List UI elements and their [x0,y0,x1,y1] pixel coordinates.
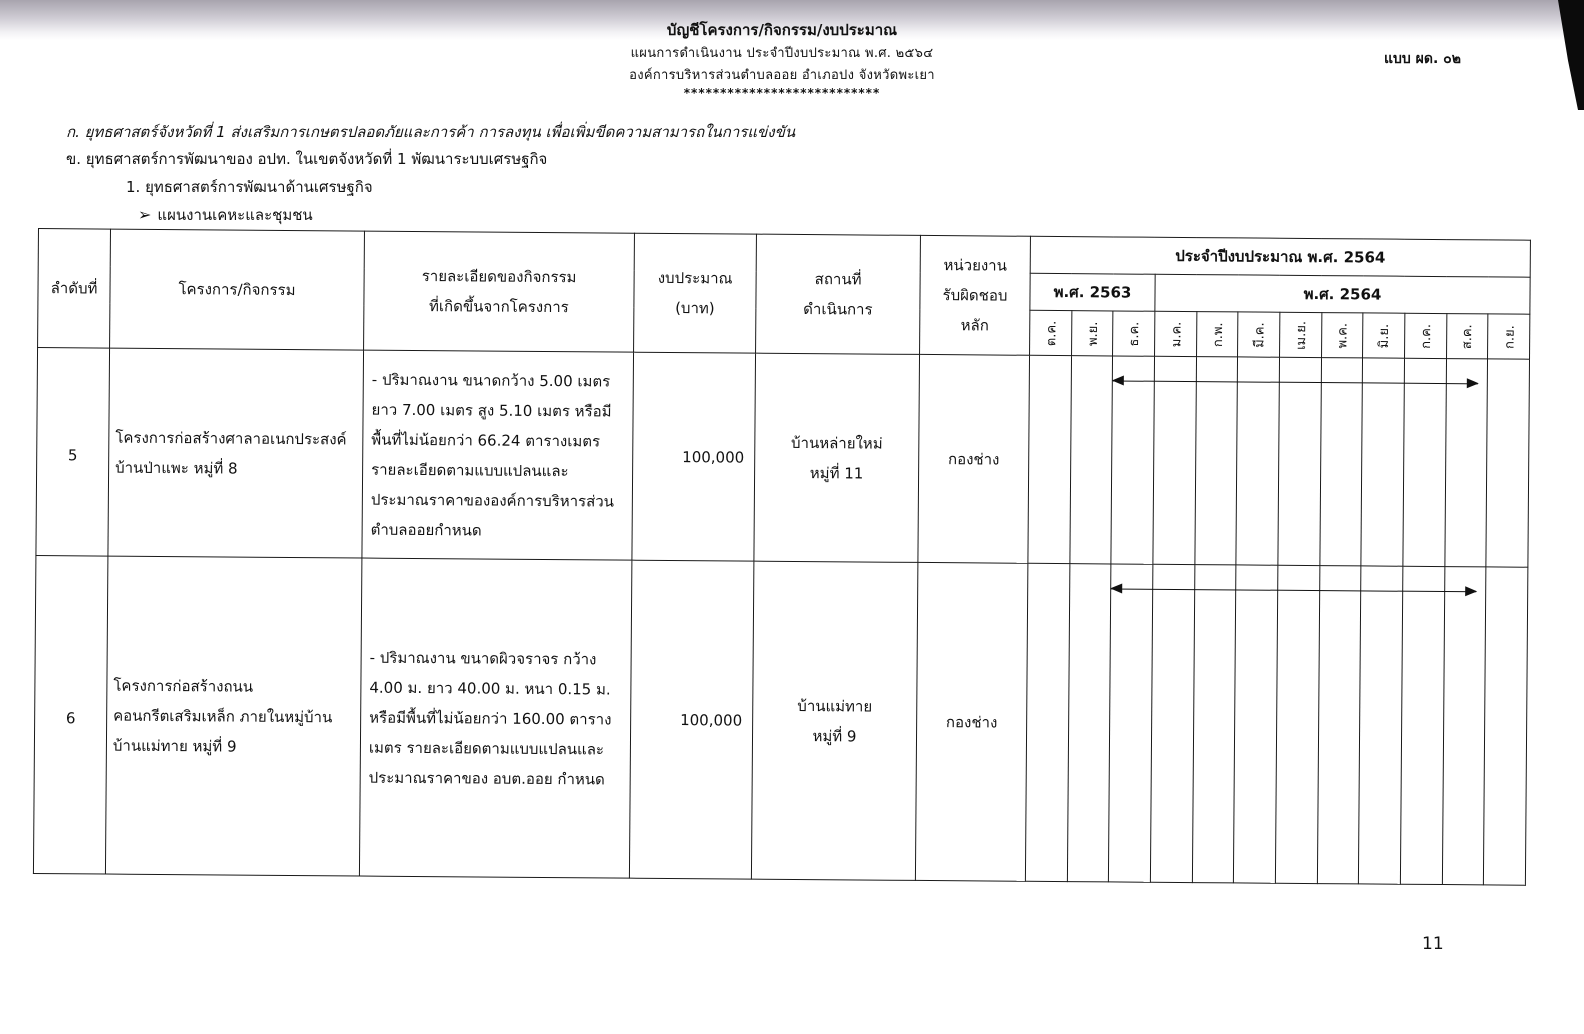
location-header-line2: ดำเนินการ [756,294,919,325]
month-header: เม.ย. [1279,312,1321,357]
location-line: หมู่ที่ 9 [757,720,912,751]
year-2563-header: พ.ศ. 2563 [1030,273,1155,311]
month-header: ต.ค. [1030,310,1072,355]
project-name: โครงการก่อสร้างถนนคอนกรีตเสริมเหล็ก ภายใ… [105,556,361,876]
unit-header-line2: รับผิดชอบ [920,280,1029,311]
month-label: มี.ค. [1248,322,1269,348]
schedule-cell [1486,359,1529,567]
schedule-cell [1442,567,1486,885]
provincial-strategy: ก. ยุทธศาสตร์จังหวัดที่ 1 ส่งเสริมการเกษ… [66,120,795,144]
development-strategy: 1. ยุทธศาสตร์การพัฒนาด้านเศรษฐกิจ [126,175,373,199]
month-label: เม.ย. [1290,320,1311,349]
location-line: หมู่ที่ 11 [759,457,914,488]
responsible-unit: กองช่าง [915,562,1027,881]
page-number: 11 [1422,934,1444,954]
location-line: บ้านแม่ทาย [757,690,912,721]
schedule-cell [1278,357,1321,565]
month-header: ส.ค. [1446,314,1488,359]
schedule-cell [1484,567,1528,885]
schedule-cell [1153,356,1196,564]
col-header-project: โครงการ/กิจกรรม [110,229,365,350]
unit-header-line3: หลัก [920,310,1029,341]
schedule-cell [1317,566,1361,884]
details-header-line1: รายละเอียดของกิจกรรม [365,261,634,293]
schedule-cell [1150,564,1194,882]
project-details: - ปริมาณงาน ขนาดผิวจราจร กว้าง 4.00 ม. ย… [359,558,631,878]
budget-header-line1: งบประมาณ [635,263,756,294]
month-header: ก.พ. [1196,312,1238,357]
unit-header-line1: หน่วยงาน [921,250,1030,281]
project-location: บ้านแม่ทายหมู่ที่ 9 [751,561,917,880]
schedule-cell [1319,358,1362,566]
project-budget: 100,000 [629,560,753,879]
schedule-cell [1400,566,1444,884]
schedule-cell [1195,357,1238,565]
location-line: บ้านหล่ายใหม่ [759,427,914,458]
plan-name: แผนงานเคหะและชุมชน [157,206,312,224]
month-label: ก.ค. [1415,323,1436,348]
organization-name: องค์การบริหารส่วนตำบลออย อำเภอปง จังหวัด… [0,64,1574,85]
row-number: 6 [33,555,107,874]
month-label: พ.ย. [1082,321,1103,346]
schedule-cell [1192,565,1236,883]
month-label: ต.ค. [1040,320,1061,346]
month-header: ธ.ค. [1113,311,1155,356]
schedule-cell [1025,563,1069,881]
month-header: พ.ค. [1321,313,1363,358]
plan-heading: ➢แผนงานเคหะและชุมชน [138,203,313,227]
month-header: ก.ค. [1404,313,1446,358]
project-name: โครงการก่อสร้างศาลาอเนกประสงค์ บ้านป่าแพ… [108,348,364,558]
project-location: บ้านหล่ายใหม่หมู่ที่ 11 [754,353,920,562]
month-label: พ.ค. [1332,322,1353,348]
month-label: ส.ค. [1456,324,1477,349]
row-number: 5 [36,348,110,557]
arrow-bullet-icon: ➢ [138,205,151,224]
col-header-location: สถานที่ ดำเนินการ [756,234,921,354]
year-2564-header: พ.ศ. 2564 [1155,274,1530,314]
responsible-unit: กองช่าง [918,354,1030,563]
document-title: บัญชีโครงการ/กิจกรรม/งบประมาณ [0,18,1574,42]
details-header-line2: ที่เกิดขึ้นจากโครงการ [364,291,633,323]
project-details: - ปริมาณงาน ขนาดกว้าง 5.00 เมตร ยาว 7.00… [362,350,634,560]
month-label: ธ.ค. [1123,321,1144,346]
month-header: มี.ค. [1238,312,1280,357]
schedule-cell [1070,356,1113,564]
schedule-cell [1236,357,1279,565]
month-label: มิ.ย. [1373,323,1394,348]
month-header: ก.ย. [1488,314,1530,359]
schedule-cell [1234,565,1278,883]
col-header-details: รายละเอียดของกิจกรรม ที่เกิดขึ้นจากโครงก… [364,231,635,352]
form-code: แบบ ผด. ๐๒ [1384,48,1461,70]
schedule-cell [1275,565,1319,883]
col-header-unit: หน่วยงาน รับผิดชอบ หลัก [920,235,1031,355]
schedule-cell [1403,358,1446,566]
table-row: 5โครงการก่อสร้างศาลาอเนกประสงค์ บ้านป่าแ… [36,348,1530,568]
month-label: ก.ย. [1498,325,1519,349]
schedule-cell [1067,564,1111,882]
month-label: ก.พ. [1207,322,1228,347]
local-strategy: ข. ยุทธศาสตร์การพัฒนาของ อปท. ในเขตจังหว… [66,147,547,171]
budget-header-line2: (บาท) [634,293,755,324]
col-header-budget: งบประมาณ (บาท) [634,233,757,353]
schedule-cell [1444,359,1487,567]
schedule-cell [1109,564,1153,882]
title-separator: *************************** [0,86,1574,100]
col-header-no: ลำดับที่ [38,229,111,349]
fiscal-year-header: ประจำปีงบประมาณ พ.ศ. 2564 [1030,236,1530,277]
month-header: มิ.ย. [1363,313,1405,358]
schedule-cell [1111,356,1154,564]
month-header: พ.ย. [1071,311,1113,356]
project-table: ลำดับที่ โครงการ/กิจกรรม รายละเอียดของกิ… [33,228,1531,886]
location-header-line1: สถานที่ [757,264,920,295]
schedule-cell [1361,358,1404,566]
month-label: ม.ค. [1165,321,1186,347]
schedule-cell [1359,566,1403,884]
schedule-cell [1028,355,1071,563]
table-row: 6โครงการก่อสร้างถนนคอนกรีตเสริมเหล็ก ภาย… [33,555,1527,885]
month-header: ม.ค. [1154,311,1196,356]
project-budget: 100,000 [632,352,756,561]
document-subtitle: แผนการดำเนินงาน ประจำปีงบประมาณ พ.ศ. ๒๕๖… [0,42,1574,63]
